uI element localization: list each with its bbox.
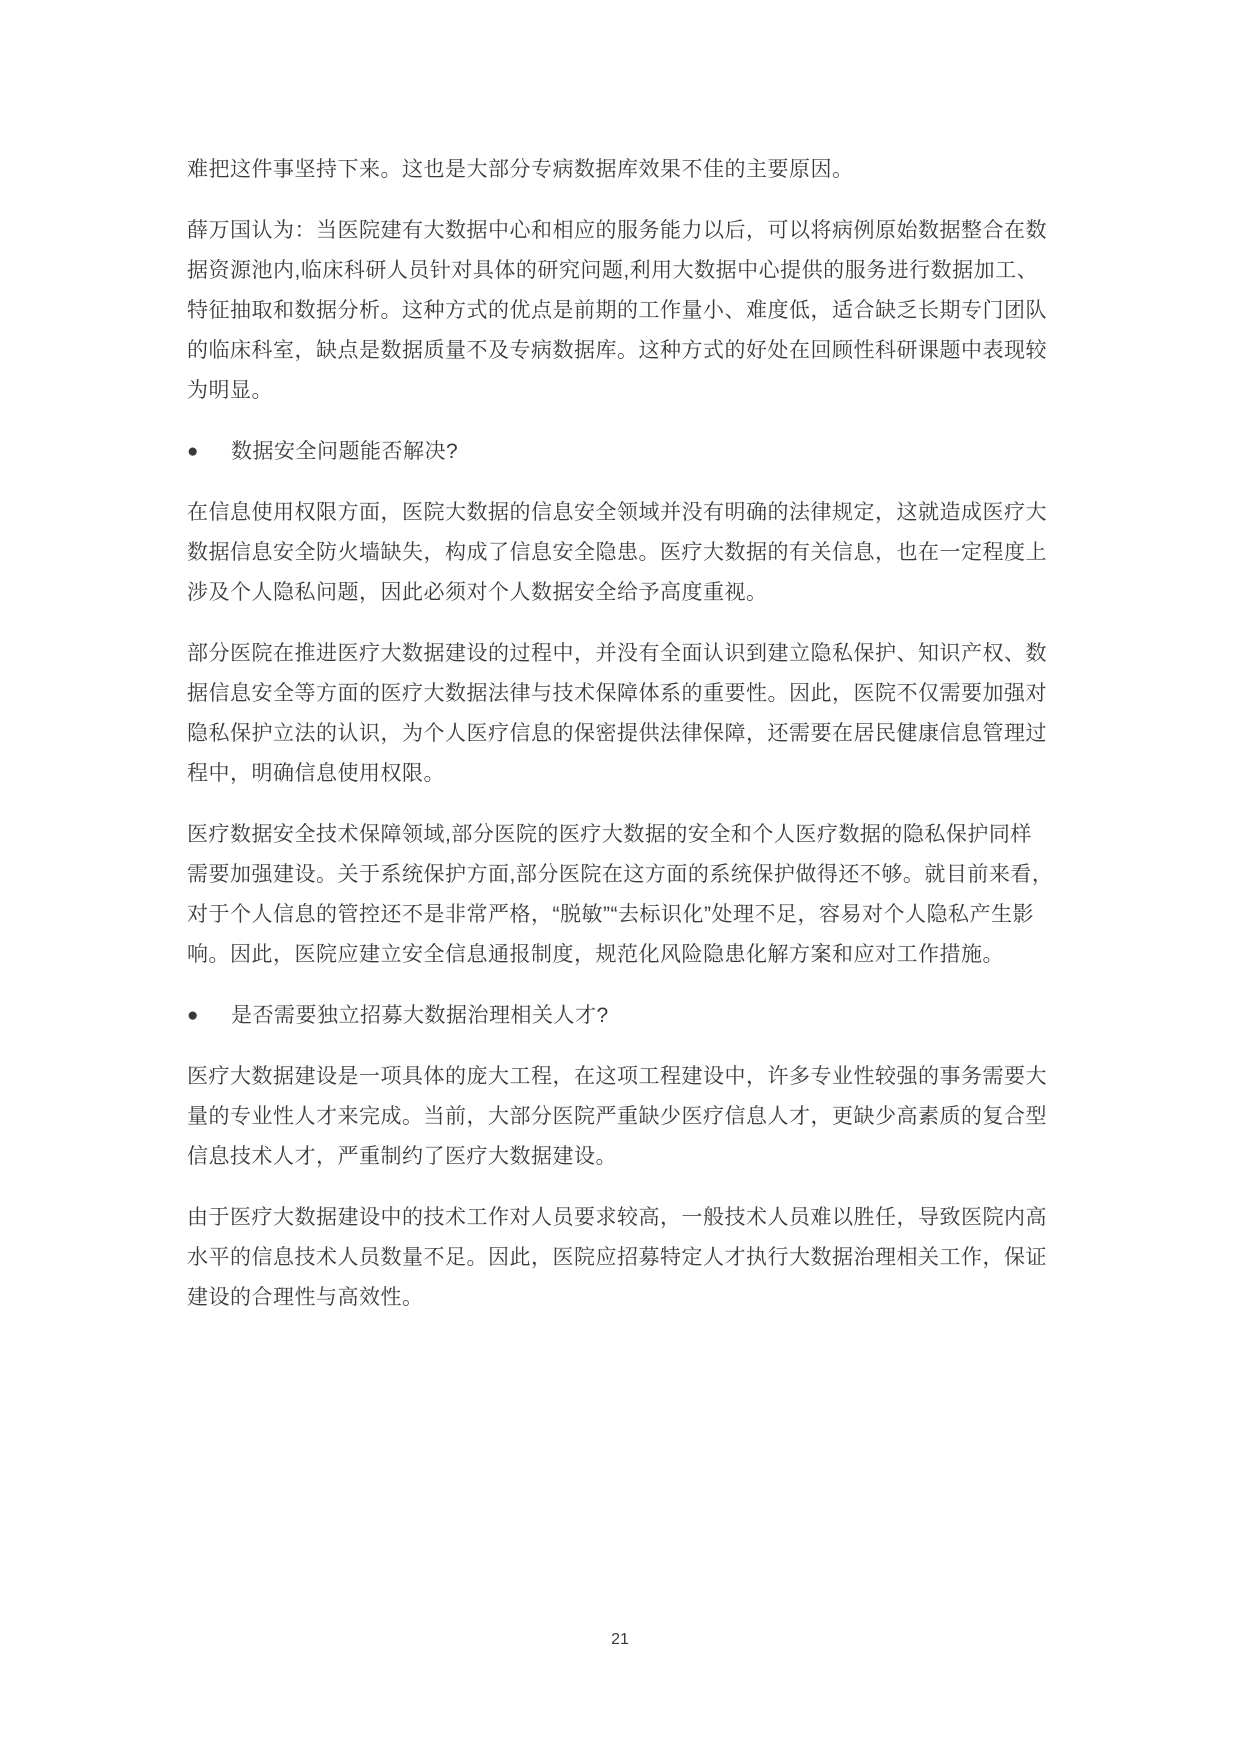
text-line: 薛万国认为：当医院建有大数据中心和相应的服务能力以后，可以将病例原始数据整合在数: [187, 211, 1067, 251]
text-line: 部分医院在推进医疗大数据建设的过程中，并没有全面认识到建立隐私保护、知识产权、数: [187, 634, 1067, 674]
paragraph: 薛万国认为：当医院建有大数据中心和相应的服务能力以后，可以将病例原始数据整合在数…: [187, 211, 1067, 411]
text-line: 响。因此，医院应建立安全信息通报制度，规范化风险隐患化解方案和应对工作措施。: [187, 935, 1067, 975]
text-line: 程中，明确信息使用权限。: [187, 754, 1067, 794]
bullet-item: ●是否需要独立招募大数据治理相关人才?: [187, 996, 1067, 1036]
bullet-icon: ●: [187, 432, 231, 472]
bullet-text: 数据安全问题能否解决?: [231, 432, 458, 472]
text-line: 数据信息安全防火墙缺失，构成了信息安全隐患。医疗大数据的有关信息，也在一定程度上: [187, 533, 1067, 573]
text-line: 据信息安全等方面的医疗大数据法律与技术保障体系的重要性。因此，医院不仅需要加强对: [187, 674, 1067, 714]
paragraph: 由于医疗大数据建设中的技术工作对人员要求较高，一般技术人员难以胜任，导致医院内高…: [187, 1198, 1067, 1318]
text-line: 信息技术人才，严重制约了医疗大数据建设。: [187, 1137, 1067, 1177]
text-line: 医疗大数据建设是一项具体的庞大工程，在这项工程建设中，许多专业性较强的事务需要大: [187, 1057, 1067, 1097]
text-line: 特征抽取和数据分析。这种方式的优点是前期的工作量小、难度低，适合缺乏长期专门团队: [187, 291, 1067, 331]
text-line: 涉及个人隐私问题，因此必须对个人数据安全给予高度重视。: [187, 573, 1067, 613]
bullet-item: ●数据安全问题能否解决?: [187, 432, 1067, 472]
bullet-text: 是否需要独立招募大数据治理相关人才?: [231, 996, 609, 1036]
text-line: 由于医疗大数据建设中的技术工作对人员要求较高，一般技术人员难以胜任，导致医院内高: [187, 1198, 1067, 1238]
paragraph: 部分医院在推进医疗大数据建设的过程中，并没有全面认识到建立隐私保护、知识产权、数…: [187, 634, 1067, 794]
document-body: 难把这件事坚持下来。这也是大部分专病数据库效果不佳的主要原因。薛万国认为：当医院…: [187, 150, 1067, 1339]
paragraph: 在信息使用权限方面，医院大数据的信息安全领域并没有明确的法律规定，这就造成医疗大…: [187, 493, 1067, 613]
text-line: 为明显。: [187, 371, 1067, 411]
text-line: 的临床科室，缺点是数据质量不及专病数据库。这种方式的好处在回顾性科研课题中表现较: [187, 331, 1067, 371]
text-line: 需要加强建设。关于系统保护方面,部分医院在这方面的系统保护做得还不够。就目前来看…: [187, 855, 1067, 895]
paragraph: 医疗大数据建设是一项具体的庞大工程，在这项工程建设中，许多专业性较强的事务需要大…: [187, 1057, 1067, 1177]
text-line: 隐私保护立法的认识，为个人医疗信息的保密提供法律保障，还需要在居民健康信息管理过: [187, 714, 1067, 754]
text-line: 量的专业性人才来完成。当前，大部分医院严重缺少医疗信息人才，更缺少高素质的复合型: [187, 1097, 1067, 1137]
document-page: 难把这件事坚持下来。这也是大部分专病数据库效果不佳的主要原因。薛万国认为：当医院…: [0, 0, 1240, 1753]
paragraph: 难把这件事坚持下来。这也是大部分专病数据库效果不佳的主要原因。: [187, 150, 1067, 190]
text-line: 水平的信息技术人员数量不足。因此，医院应招募特定人才执行大数据治理相关工作，保证: [187, 1238, 1067, 1278]
text-line: 在信息使用权限方面，医院大数据的信息安全领域并没有明确的法律规定，这就造成医疗大: [187, 493, 1067, 533]
text-line: 据资源池内,临床科研人员针对具体的研究问题,利用大数据中心提供的服务进行数据加工…: [187, 251, 1067, 291]
text-line: 对于个人信息的管控还不是非常严格，“脱敏”“去标识化”处理不足，容易对个人隐私产…: [187, 895, 1067, 935]
text-line: 建设的合理性与高效性。: [187, 1278, 1067, 1318]
text-line: 难把这件事坚持下来。这也是大部分专病数据库效果不佳的主要原因。: [187, 150, 1067, 190]
page-number: 21: [0, 1628, 1240, 1652]
paragraph: 医疗数据安全技术保障领域,部分医院的医疗大数据的安全和个人医疗数据的隐私保护同样…: [187, 815, 1067, 975]
bullet-icon: ●: [187, 996, 231, 1036]
text-line: 医疗数据安全技术保障领域,部分医院的医疗大数据的安全和个人医疗数据的隐私保护同样: [187, 815, 1067, 855]
